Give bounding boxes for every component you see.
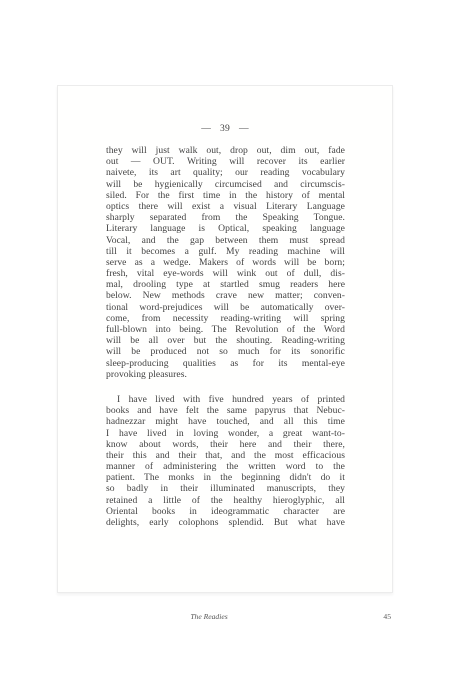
text-line: Literary language is Optical, speaking l… xyxy=(106,223,345,234)
folio-number: 39 xyxy=(220,123,230,134)
text-line: below. New methods crave new matter; con… xyxy=(106,290,345,301)
text-line: manner of administering the written word… xyxy=(106,461,345,472)
text-line: full-blown into being. The Revolution of… xyxy=(106,324,345,335)
text-line: retained a little of the healthy hierogl… xyxy=(106,495,345,506)
text-line: their this and their that, and the most … xyxy=(106,450,345,461)
text-line: fresh, vital eye-words will wink out of … xyxy=(106,268,345,279)
text-line: optics there will exist a visual Literar… xyxy=(106,201,345,212)
text-line: till it becomes a gulf. My reading machi… xyxy=(106,246,345,257)
page-body: they will just walk out, drop out, dim o… xyxy=(106,145,345,528)
folio-dash-right: — xyxy=(239,123,249,134)
document-viewport: — 39 — they will just walk out, drop out… xyxy=(0,0,450,675)
text-line: books and have felt the same papyrus tha… xyxy=(106,405,345,416)
text-line: sleep-producing qualities as for its men… xyxy=(106,358,345,369)
text-line: will be produced not so much for its son… xyxy=(106,346,345,357)
text-line: mal, drooling type at startled smug read… xyxy=(106,279,345,290)
text-line: will be all over but the shouting. Readi… xyxy=(106,335,345,346)
text-line: will be hygienically circumcised and cir… xyxy=(106,179,345,190)
text-line: delights, early colophons splendid. But … xyxy=(106,517,345,528)
folio-header: — 39 — xyxy=(58,123,392,134)
text-line: provoking pleasures. xyxy=(106,369,345,380)
text-line: Vocal, and the gap between them must spr… xyxy=(106,235,345,246)
folio-dash-left: — xyxy=(201,123,211,134)
text-line: know about words, their here and their t… xyxy=(106,439,345,450)
text-line: serve as a wedge. Makers of words will b… xyxy=(106,257,345,268)
text-line: patient. The monks in the beginning didn… xyxy=(106,472,345,483)
text-line: so badly in their illuminated manuscript… xyxy=(106,483,345,494)
paragraph: they will just walk out, drop out, dim o… xyxy=(106,145,345,380)
text-line: sharply separated from the Speaking Tong… xyxy=(106,212,345,223)
text-line: I have lived in loving wonder, a great w… xyxy=(106,428,345,439)
text-line: Oriental books in ideogrammatic characte… xyxy=(106,506,345,517)
text-line: they will just walk out, drop out, dim o… xyxy=(106,145,345,156)
text-line: siled. For the first time in the history… xyxy=(106,190,345,201)
text-line: tional word-prejudices will be automatic… xyxy=(106,302,345,313)
text-line: out — OUT. Writing will recover its earl… xyxy=(106,156,345,167)
text-line: hadnezzar might have touched, and all th… xyxy=(106,416,345,427)
text-line: naivete, its art quality; our reading vo… xyxy=(106,167,345,178)
running-footer-title: The Readies xyxy=(190,612,227,621)
text-line: I have lived with five hundred years of … xyxy=(106,394,345,405)
scanned-page: — 39 — they will just walk out, drop out… xyxy=(57,85,393,593)
text-line: come, from necessity reading-writing wil… xyxy=(106,313,345,324)
page-number: 45 xyxy=(383,612,391,621)
paragraph: I have lived with five hundred years of … xyxy=(106,394,345,528)
